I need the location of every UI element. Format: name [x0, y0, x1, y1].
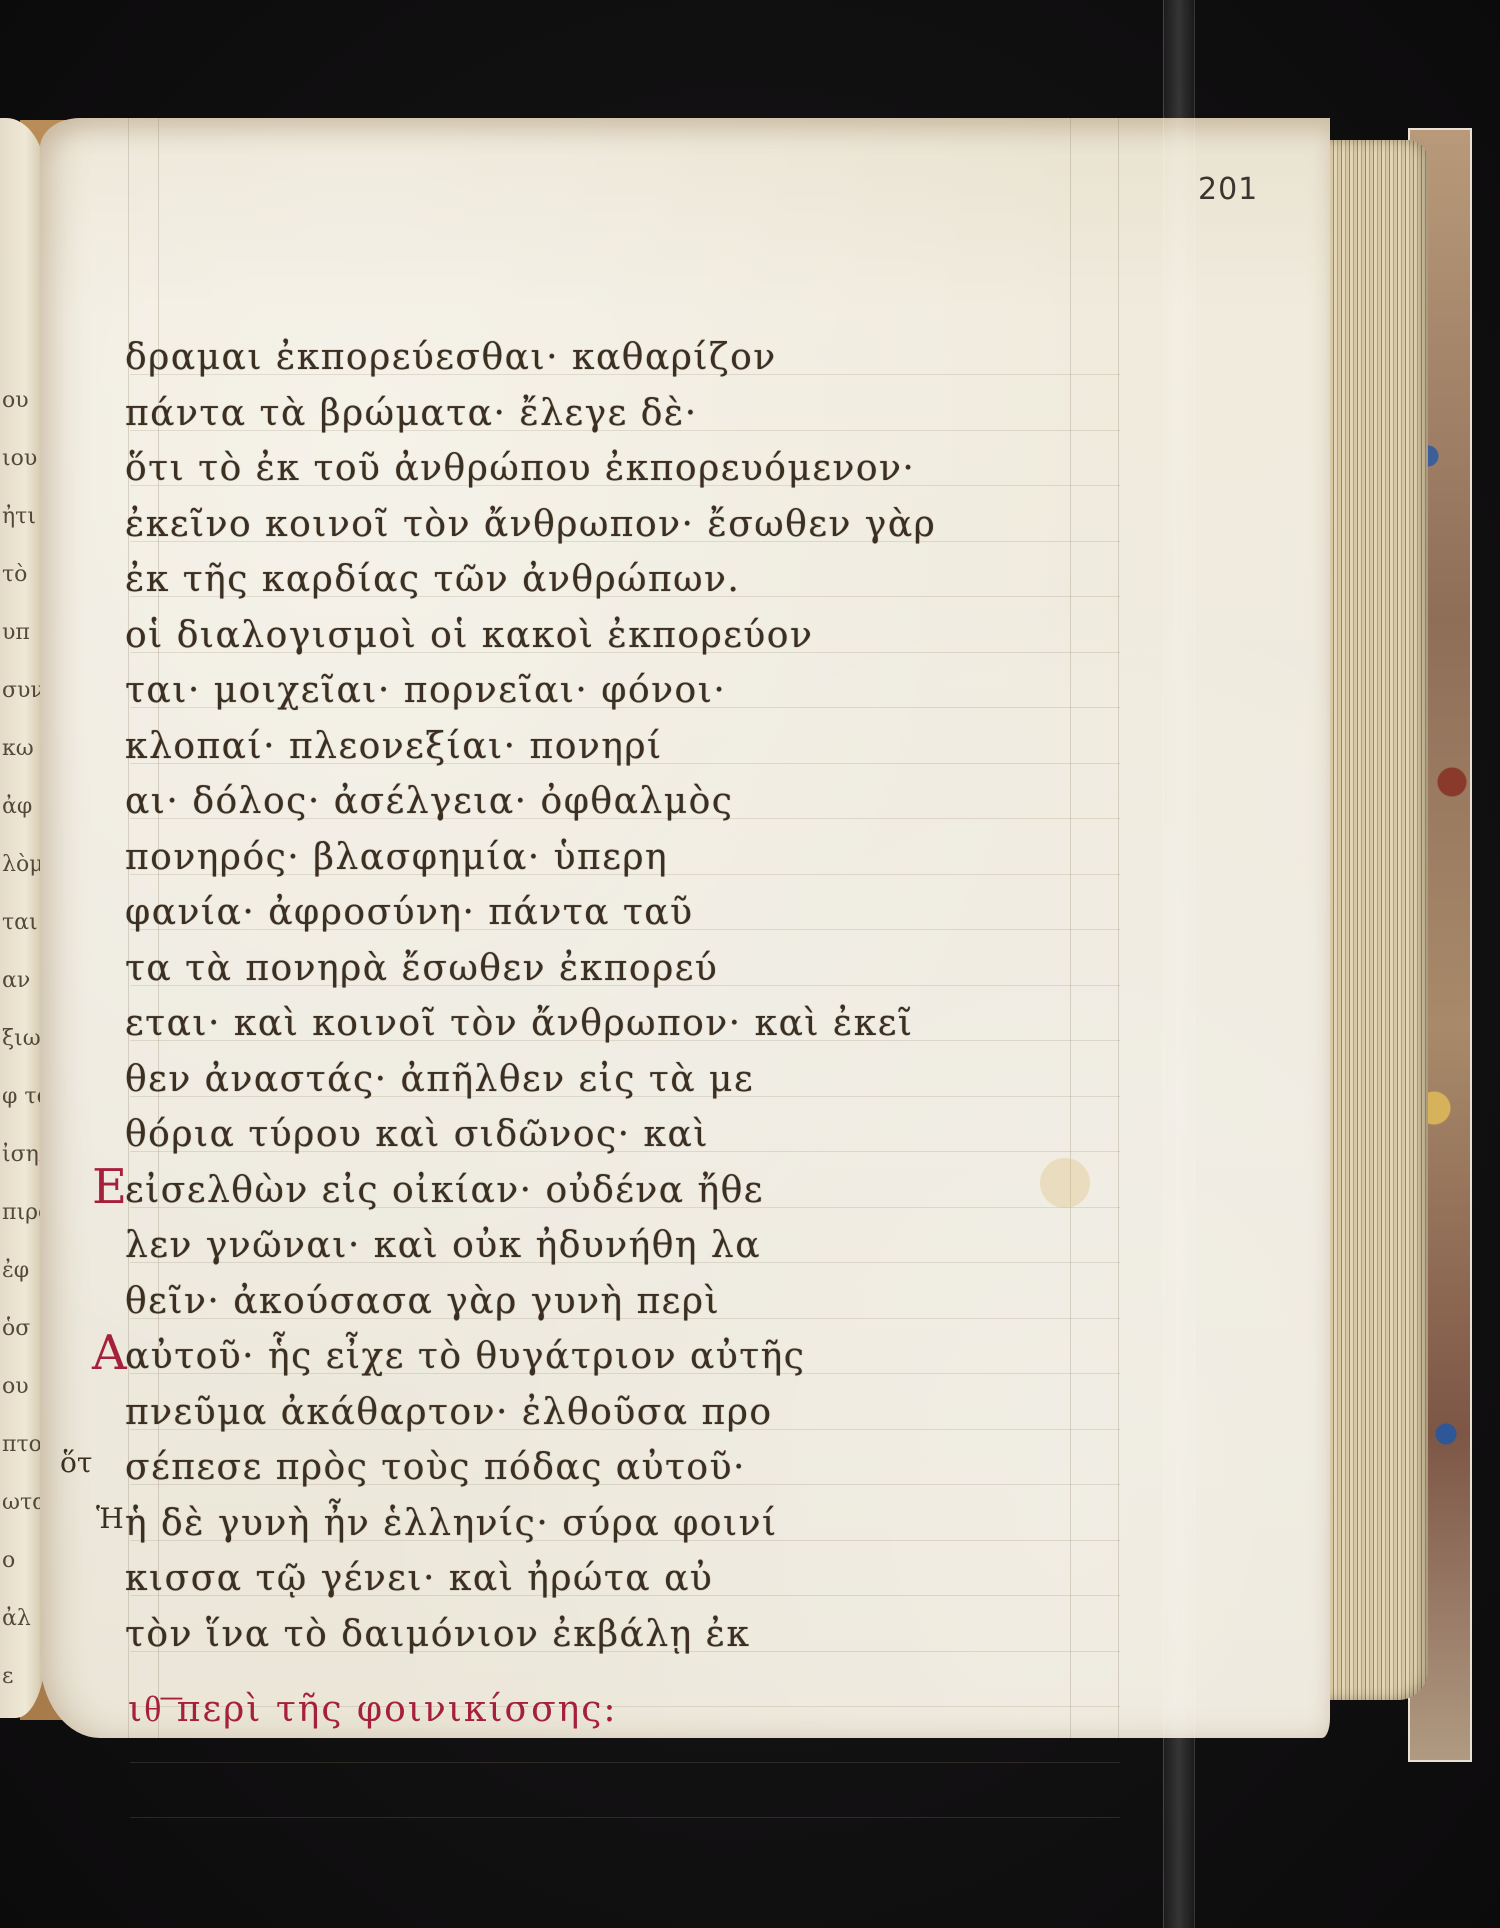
verso-fragment: ἀλ: [2, 1606, 31, 1631]
verso-fragment: ου: [2, 388, 29, 413]
text-line: αὐτοῦ· ἧς εἶχε τὸ θυγάτριον αὐτῆς: [125, 1329, 805, 1385]
verso-fragment: αν: [2, 968, 30, 993]
text-line: δραμαι ἐκπορεύεσθαι· καθαρίζον: [125, 330, 777, 386]
text-line: εἰσελθὼν εἰς οἰκίαν· οὐδένα ἤθε: [125, 1163, 764, 1219]
text-line: ἡ δὲ γυνὴ ἦν ἑλληνίς· σύρα φοινί: [125, 1496, 778, 1552]
text-line: λεν γνῶναι· καὶ οὐκ ἠδυνήθη λα: [125, 1218, 761, 1274]
text-line: θόρια τύρου καὶ σιδῶνος· καὶ: [125, 1107, 709, 1163]
verso-fragment: πτο: [2, 1432, 42, 1457]
text-line: οἱ διαλογισμοὶ οἱ κακοὶ ἐκπορεύον: [125, 608, 813, 664]
text-line: ἐκεῖνο κοινοῖ τὸν ἄνθρωπον· ἔσωθεν γὰρ: [125, 497, 936, 553]
verso-fragment: λὸμ: [2, 852, 44, 877]
margin-note: ὅτ: [60, 1446, 92, 1479]
text-line: εται· καὶ κοινοῖ τὸν ἄνθρωπον· καὶ ἐκεῖ: [125, 996, 914, 1052]
text-line: πνεῦμα ἀκάθαρτον· ἐλθοῦσα προ: [125, 1385, 773, 1441]
text-line: ται· μοιχεῖαι· πορνεῖαι· φόνοι·: [125, 663, 726, 719]
text-line: κλοπαί· πλεονεξίαι· πονηρί: [125, 719, 663, 775]
text-line: ἐκ τῆς καρδίας τῶν ἀνθρώπων.: [125, 552, 740, 608]
verso-fragment: τὸ: [2, 562, 27, 587]
verso-fragment: ου: [2, 1374, 29, 1399]
verso-fragment: ἠτι: [2, 504, 36, 529]
margin-note: Ἡ: [96, 1502, 124, 1535]
verso-fragment: κω: [2, 736, 34, 761]
transparent-support-strip: [1163, 0, 1195, 1928]
text-line: τὸν ἵνα τὸ δαιμόνιον ἐκβάλῃ ἐκ: [125, 1607, 750, 1663]
verso-fragment: ξιω: [2, 1026, 41, 1051]
verso-fragment: ὁσ: [2, 1316, 30, 1341]
folio-number: 201: [1198, 172, 1258, 207]
verso-fragment: ιου: [2, 446, 37, 471]
text-line: κισσα τῷ γένει· καὶ ἠρώτα αὐ: [125, 1551, 713, 1607]
verso-fragment: ο: [2, 1548, 15, 1573]
verso-fragment: υπ: [2, 620, 30, 645]
text-line: φανία· ἀφροσύνη· πάντα ταῦ: [125, 885, 694, 941]
text-line: ὅτι τὸ ἐκ τοῦ ἀνθρώπου ἐκπορευόμενον·: [125, 441, 915, 497]
text-line: πάντα τὰ βρώματα· ἔλεγε δὲ·: [125, 386, 698, 442]
stain: [1040, 1158, 1090, 1208]
verso-fragment: ἀφ: [2, 794, 32, 819]
verso-fragment: ἐφ: [2, 1258, 29, 1283]
chapter-rubric: ιθ͞ περὶ τῆς φοινικίσσης:: [128, 1688, 618, 1730]
text-line: τα τὰ πονηρὰ ἔσωθεν ἐκπορεύ: [125, 941, 718, 997]
rubric-initial: Α: [92, 1325, 127, 1381]
text-line: αι· δόλος· ἀσέλγεια· ὀφθαλμὸς: [125, 774, 733, 830]
text-line: θεν ἀναστάς· ἀπῆλθεν εἰς τὰ με: [125, 1052, 754, 1108]
verso-fragment: συν: [2, 678, 44, 703]
rubric-initial: Ε: [92, 1159, 127, 1215]
text-line: θεῖν· ἀκούσασα γὰρ γυνὴ περὶ: [125, 1274, 720, 1330]
ruling-horizontal: [130, 1817, 1120, 1818]
verso-fragment: ται: [2, 910, 38, 935]
text-line: σέπεσε πρὸς τοὺς πόδας αὐτοῦ·: [125, 1440, 746, 1496]
ruling-vertical-outer: [1118, 118, 1119, 1738]
verso-fragment: ε: [2, 1664, 13, 1689]
text-line: πονηρός· βλασφημία· ὑπερη: [125, 830, 668, 886]
ruling-vertical-right: [1070, 118, 1071, 1738]
ruling-horizontal: [130, 1762, 1120, 1763]
page-edge-stack: [1318, 140, 1428, 1700]
